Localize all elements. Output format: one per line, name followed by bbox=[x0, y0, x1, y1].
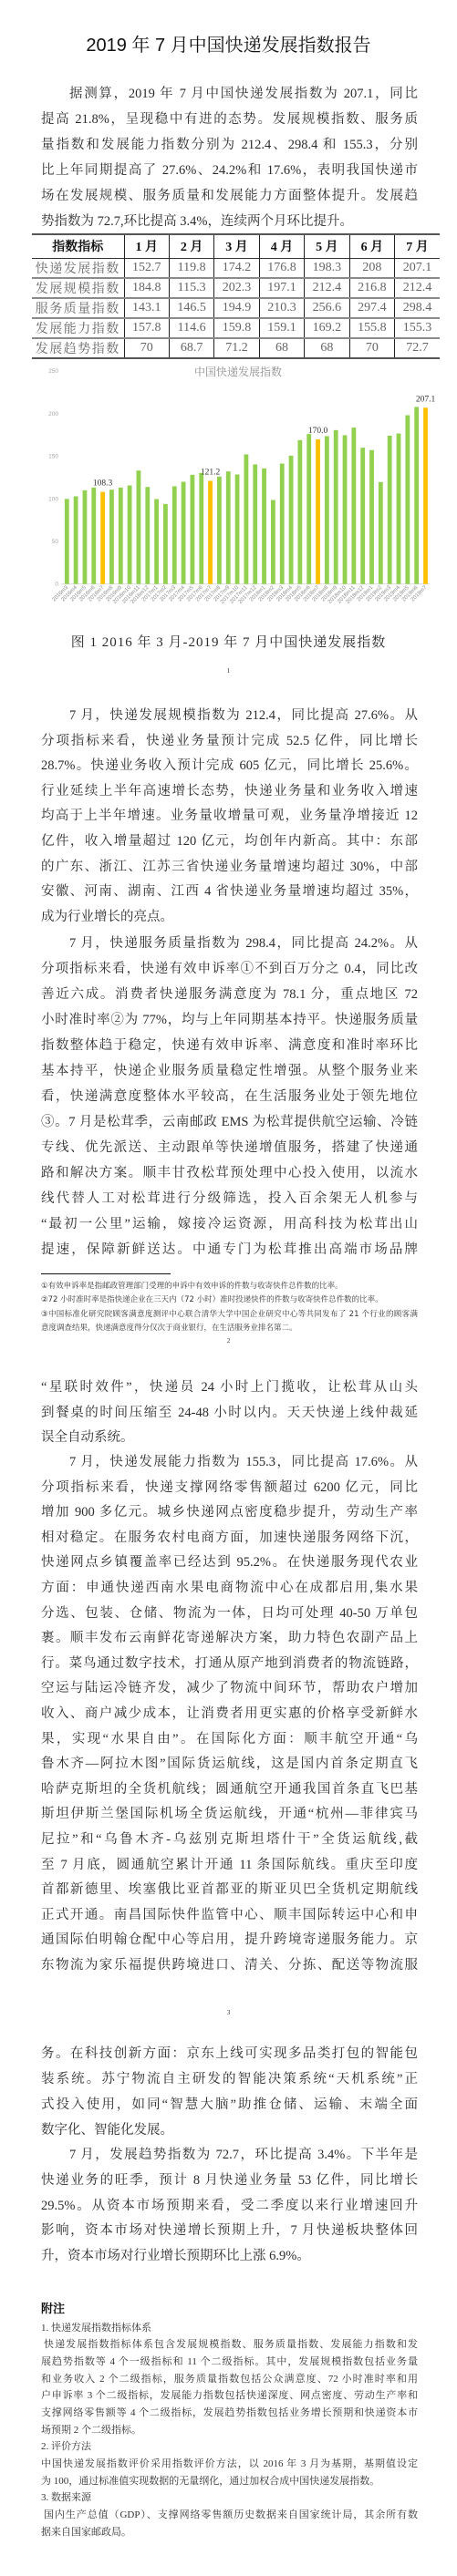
text-line: 指数整体趋于稳定，快递有效申诉率、满意度和准时率环比 bbox=[41, 1033, 418, 1058]
chart-bar bbox=[271, 500, 275, 584]
text-line: 势指数为 72.7,环比提高 3.4%，连续两个月环比提升。 bbox=[41, 209, 418, 234]
text-line: 小时准时率②为 77%，均与上年同期基本持平。快递服务质量 bbox=[41, 1007, 418, 1033]
chart-bar bbox=[74, 497, 78, 584]
annex-line: 中国快递发展指数评价采用指数评价方法，以 2016 年 3 月为基期，基期值设定 bbox=[41, 2456, 418, 2473]
chart-bar bbox=[145, 487, 150, 583]
table-cell: 197.1 bbox=[259, 278, 304, 298]
chart-bar-highlight bbox=[423, 407, 428, 583]
chart-bar bbox=[360, 448, 365, 584]
table-row: 发展趋势指数 70 68.7 71.2 68 68 70 72.7 bbox=[32, 338, 440, 358]
row-label: 发展规模指数 bbox=[32, 278, 124, 298]
table-header: 3 月 bbox=[214, 234, 259, 258]
text-line: 7 月，快递服务质量指数为 298.4，同比提高 24.2%。从 bbox=[41, 931, 418, 956]
chart-bar bbox=[334, 430, 338, 584]
text-line: 7 月，快递发展能力指数为 155.3，同比提高 17.6%。从 bbox=[41, 1450, 418, 1476]
chart-bar bbox=[397, 434, 401, 584]
chart-bar bbox=[65, 499, 69, 583]
chart-bar bbox=[414, 407, 419, 583]
page-number: 2 bbox=[0, 1335, 457, 1346]
text-line: 成为行业增长的亮点。 bbox=[41, 905, 418, 931]
text-line: 行业延续上半年高速增长态势，快递业务量和业务收入增速 bbox=[41, 779, 418, 805]
table-cell: 198.3 bbox=[305, 258, 349, 278]
y-tick-label: 250 bbox=[48, 368, 58, 375]
data-label: 108.3 bbox=[93, 479, 113, 489]
chart-bar-highlight bbox=[100, 492, 105, 584]
table-cell: 176.8 bbox=[259, 258, 304, 278]
chart-bar bbox=[325, 436, 329, 583]
annex-line: 国内生产总值（GDP）、支撑网络零售额历史数据来自国家统计局，其余所有数 bbox=[41, 2507, 418, 2524]
chart-bar bbox=[191, 475, 195, 584]
footnote-divider bbox=[41, 1273, 171, 1274]
footnote-line: ③中国标准化研究院顾客满意度测评中心联合清华大学中国企业研究中心等共同发布了 2… bbox=[41, 1308, 418, 1322]
annex-notes: 1. 快递发展指数指标体系 快递发展指数指标体系包含发展规模指数、服务质量指数、… bbox=[41, 2320, 418, 2541]
annex-subheading: 2. 评价方法 bbox=[41, 2438, 418, 2456]
table-cell: 72.7 bbox=[395, 338, 440, 358]
table-cell: 119.8 bbox=[169, 258, 213, 278]
chart-bar bbox=[280, 464, 285, 584]
table-cell: 70 bbox=[349, 338, 394, 358]
table-cell: 68 bbox=[305, 338, 349, 358]
table-header: 7 月 bbox=[395, 234, 440, 258]
chart-bar-highlight bbox=[316, 439, 320, 584]
text-line: 相对稳定。在服务农村电商方面，加速快递服务网络下沉， bbox=[41, 1526, 418, 1551]
chart-bar bbox=[172, 486, 177, 583]
text-line: 的广东、浙江、江苏三省快递业务量增速均超过 30%，中部 bbox=[41, 855, 418, 881]
text-line: 首都新德里、埃塞俄比亚首都亚的斯亚贝巴全货机定期航线 bbox=[41, 1878, 418, 1903]
text-line: 收入、商户减少成本，让消费者用更实惠的价格享受新鲜水 bbox=[41, 1702, 418, 1727]
data-label: 170.0 bbox=[308, 427, 328, 436]
table-cell: 216.8 bbox=[349, 278, 394, 298]
chart-bar bbox=[119, 488, 123, 584]
row-label: 发展趋势指数 bbox=[32, 338, 124, 358]
text-line: 增加 900 多亿元。城乡快递网点密度稳步提升，劳动生产率 bbox=[41, 1500, 418, 1526]
table-cell: 298.4 bbox=[395, 298, 440, 318]
chart-bar bbox=[137, 470, 141, 584]
table-header: 1 月 bbox=[124, 234, 169, 258]
table-cell: 194.9 bbox=[214, 298, 259, 318]
text-line: 提高 21.8%，呈现稳中有进的态势。发展规模指数、服务质 bbox=[41, 107, 418, 132]
text-line: 看，快递满意度整体水平较高，在生活服务业处于领先地位 bbox=[41, 1084, 418, 1109]
scale-paragraph: 7 月，快递发展规模指数为 212.4，同比提高 27.6%。从 分项指标来看，… bbox=[41, 704, 418, 930]
footnotes: ①有效申诉率是指邮政管理部门受理的申诉中有效申诉的件数与收寄快件总件数的比率。 … bbox=[41, 1280, 418, 1335]
text-line: 路和解决方案。顺丰甘孜松茸预处理中心投入使用，以流水 bbox=[41, 1160, 418, 1186]
text-line: ③。7 月是松茸季，云南邮政 EMS 为松茸提供航空运输、冷链 bbox=[41, 1109, 418, 1135]
chart-bar bbox=[405, 415, 410, 583]
table-cell: 212.4 bbox=[395, 278, 440, 298]
table-cell: 155.3 bbox=[395, 318, 440, 338]
chart-bar bbox=[109, 489, 114, 583]
annex-line: 为 100，通过标准值实现数据的无量纲化，通过加权合成中国快递发展指数。 bbox=[41, 2473, 418, 2490]
table-cell: 70 bbox=[124, 338, 169, 358]
text-line: 式投入使用，如同“智慧大脑”助推仓储、运输、末端全面 bbox=[41, 2092, 418, 2117]
chart-bar bbox=[253, 464, 257, 583]
figure-caption: 图 1 2016 年 3 月-2019 年 7 月中国快递发展指数 bbox=[0, 634, 457, 652]
table-cell: 146.5 bbox=[169, 298, 213, 318]
table-header: 6 月 bbox=[349, 234, 394, 258]
footnote-line: 意度调查结果，快递满意度得分仅次于商业银行，在生活服务业排名第二。 bbox=[41, 1322, 418, 1335]
index-table: 指数指标 1 月 2 月 3 月 4 月 5 月 6 月 7 月 快递发展指数 … bbox=[32, 233, 440, 359]
chart-bar bbox=[369, 450, 374, 584]
annex-line: 场预期 2 个二级指标。 bbox=[41, 2422, 418, 2439]
annex-line: 展趋势指数等 4 个一级指标和 11 个二级指标。其中，发展规模指数包括业务量 bbox=[41, 2354, 418, 2371]
table-cell: 155.8 bbox=[349, 318, 394, 338]
text-line: 方面：申通快递西南水果电商物流中心在成都启用,集水果 bbox=[41, 1576, 418, 1602]
text-line: 务。在科技创新方面：京东上线可实现多品类打包的智能包 bbox=[41, 2041, 418, 2066]
text-line: 果，实现“水果自由”。在国际化方面：顺丰航空开通“乌 bbox=[41, 1727, 418, 1753]
text-line: 哈萨克斯坦的全货机航线；圆通航空开通我国首条直飞巴基 bbox=[41, 1777, 418, 1803]
table-cell: 210.3 bbox=[259, 298, 304, 318]
chart-bar bbox=[388, 436, 392, 584]
footnote-line: ①有效申诉率是指邮政管理部门受理的申诉中有效申诉的件数与收寄快件总件数的比率。 bbox=[41, 1280, 418, 1293]
table-cell: 68.7 bbox=[169, 338, 213, 358]
table-header: 4 月 bbox=[259, 234, 304, 258]
table-row: 服务质量指数 143.1 146.5 194.9 210.3 256.6 297… bbox=[32, 298, 440, 318]
annex-line: 快递发展指数指标体系包含发展规模指数、服务质量指数、发展能力指数和发 bbox=[41, 2336, 418, 2354]
y-tick-label: 100 bbox=[48, 496, 58, 502]
y-tick-label: 0 bbox=[55, 582, 58, 588]
chart-bar bbox=[343, 435, 348, 583]
annex-subheading: 3. 数据来源 bbox=[41, 2489, 418, 2507]
report-title: 2019 年 7 月中国快递发展指数报告 bbox=[0, 33, 457, 58]
footnote-line: ②72 小时准时率是指快递企业在三天内（72 小时）准时投递快件的件数与收寄快件… bbox=[41, 1293, 418, 1307]
text-line: 均高于上半年增速。业务量收增量可观，业务量净增接近 12 bbox=[41, 804, 418, 829]
table-header-row: 指数指标 1 月 2 月 3 月 4 月 5 月 6 月 7 月 bbox=[32, 234, 440, 258]
text-line: 影响，资本市场对快递增长预期上升，7 月快递板块整体回 bbox=[41, 2219, 418, 2244]
text-line: 裹。顺丰发布云南鲜花寄递解决方案，助力特色农副产品上 bbox=[41, 1626, 418, 1652]
chart-bar bbox=[226, 471, 231, 584]
y-tick-label: 50 bbox=[52, 539, 59, 545]
table-cell: 114.6 bbox=[169, 318, 213, 338]
chart-bar bbox=[128, 486, 132, 584]
table-cell: 208 bbox=[349, 258, 394, 278]
text-line: 鲁木齐—阿拉木图”国际货运航线，这是国内首条定期直飞 bbox=[41, 1752, 418, 1777]
capability-paragraph-continued: 务。在科技创新方面：京东上线可实现多品类打包的智能包 装系统。苏宁物流自主研发的… bbox=[41, 2041, 418, 2143]
trend-paragraph: 7 月，发展趋势指数为 72.7，环比提高 3.4%。下半年是 快递业务的旺季，… bbox=[41, 2143, 418, 2270]
text-line: 场在发展规模、服务质量和发展能力方面整体提升。发展趋 bbox=[41, 183, 418, 209]
text-line: 快递网点乡镇覆盖率已经达到 95.2%。在快递服务现代农业 bbox=[41, 1551, 418, 1576]
text-line: 分项指标来看，快递业务量预计完成 52.5 亿件，同比增长 bbox=[41, 729, 418, 755]
table-cell: 297.4 bbox=[349, 298, 394, 318]
table-cell: 207.1 bbox=[395, 258, 440, 278]
text-line: 亿件，收入增量超过 120 亿元，均创年内新高。其中：东部 bbox=[41, 829, 418, 855]
row-label: 发展能力指数 bbox=[32, 318, 124, 338]
page-number: 3 bbox=[0, 2007, 457, 2018]
table-header: 2 月 bbox=[169, 234, 213, 258]
annex-line: 和业务收入 2 个二级指标，服务质量指数包括公众满意度、72 小时准时率和用 bbox=[41, 2371, 418, 2388]
capability-paragraph: 7 月，快递发展能力指数为 155.3，同比提高 17.6%。从 分项指标来看，… bbox=[41, 1450, 418, 1978]
chart-bar bbox=[297, 440, 302, 584]
table-cell: 212.4 bbox=[305, 278, 349, 298]
table-row: 发展规模指数 184.8 115.3 202.3 197.1 212.4 216… bbox=[32, 278, 440, 298]
text-line: 数字化、智能化发展。 bbox=[41, 2117, 418, 2143]
express-index-bar-chart: 0501001502002502016m32016m42016m52016m62… bbox=[0, 360, 457, 634]
annex-line: 据来自国家邮政局。 bbox=[41, 2524, 418, 2541]
chart-bar bbox=[235, 474, 240, 583]
table-cell: 169.2 bbox=[305, 318, 349, 338]
text-line: 善近六成。消费者快递服务满意度为 78.1 分，重点地区 72 bbox=[41, 982, 418, 1007]
table-cell: 157.8 bbox=[124, 318, 169, 338]
text-line: 至 7 月底，圆通航空累计开通 11 条国际航线。重庆至印度 bbox=[41, 1853, 418, 1879]
text-line: 专线、优先派送、主动跟单等快递增值服务，搭建了快递通 bbox=[41, 1135, 418, 1160]
text-line: 误全自动系统。 bbox=[41, 1426, 418, 1451]
text-line: 快递业务的旺季，预计 8 月快递业务量 53 亿件，同比增长 bbox=[41, 2169, 418, 2194]
quality-paragraph: 7 月，快递服务质量指数为 298.4，同比提高 24.2%。从 分项指标来看，… bbox=[41, 931, 418, 1262]
annex-subheading: 1. 快递发展指数指标体系 bbox=[41, 2320, 418, 2337]
data-label: 207.1 bbox=[416, 395, 436, 404]
text-line: 29.5%。从资本市场预期来看，受二季度以来行业增速回升 bbox=[41, 2194, 418, 2220]
text-line: 空运与陆运冷链齐发，减少了物流中间环节，帮助农户增加 bbox=[41, 1676, 418, 1702]
table-cell: 152.7 bbox=[124, 258, 169, 278]
text-line: 提速，保障新鲜送达。中通专门为松茸推出高端市场品牌 bbox=[41, 1237, 418, 1262]
annex-line: 支撑网络零售额等 4 个二级指标，发展趋势指数包括业务增长预期和快递资本市 bbox=[41, 2405, 418, 2422]
chart-title: 中国快递发展指数 bbox=[183, 365, 293, 379]
intro-paragraph: 据测算，2019 年 7 月中国快递发展指数为 207.1，同比 提高 21.8… bbox=[41, 81, 418, 234]
chart-bar bbox=[182, 482, 186, 584]
table-cell: 159.1 bbox=[259, 318, 304, 338]
table-cell: 71.2 bbox=[214, 338, 259, 358]
text-line: 升，资本市场对行业增长预期环比上涨 6.9%。 bbox=[41, 2244, 418, 2270]
y-tick-label: 150 bbox=[48, 454, 58, 460]
chart-bar bbox=[91, 488, 96, 584]
table-cell: 159.8 bbox=[214, 318, 259, 338]
text-line: 据测算，2019 年 7 月中国快递发展指数为 207.1，同比 bbox=[41, 81, 418, 107]
text-line: “最初一公里”运输，嫁接冷运资源，用高科技为松茸出山 bbox=[41, 1211, 418, 1237]
table-cell: 143.1 bbox=[124, 298, 169, 318]
chart-bar bbox=[217, 477, 222, 584]
table-cell: 68 bbox=[259, 338, 304, 358]
chart-bar bbox=[199, 473, 203, 584]
table-row: 快递发展指数 152.7 119.8 174.2 176.8 198.3 208… bbox=[32, 258, 440, 278]
chart-bar bbox=[351, 428, 356, 584]
text-line: 28.7%。快递业务收入预计完成 605 亿元，同比增长 25.6%。 bbox=[41, 754, 418, 779]
table-cell: 256.6 bbox=[305, 298, 349, 318]
text-line: 分项指标来看，快递有效申诉率①不到百万分之 0.4，同比改 bbox=[41, 956, 418, 982]
text-line: 斯坦伊斯兰堡国际机场全货运航线，开通“杭州—菲律宾马 bbox=[41, 1802, 418, 1828]
text-line: 分项指标来看，快递支撑网络零售额超过 6200 亿元，同比 bbox=[41, 1476, 418, 1501]
text-line: 正式开通。南昌国际快件监管中心、顺丰国际转运中心和申 bbox=[41, 1903, 418, 1929]
chart-bar bbox=[306, 434, 311, 584]
quality-paragraph-continued: “星联时效件”，快递员 24 小时上门揽收，让松茸从山头 到餐桌的时间压缩至 2… bbox=[41, 1376, 418, 1451]
text-line: “星联时效件”，快递员 24 小时上门揽收，让松茸从山头 bbox=[41, 1376, 418, 1401]
text-line: 基本持平，快递企业服务质量稳定性增强。从整个服务业来 bbox=[41, 1058, 418, 1084]
text-line: 装系统。苏宁物流自主研发的智能决策系统“天机系统”正 bbox=[41, 2066, 418, 2092]
text-line: 量指数和发展能力指数分别为 212.4、298.4 和 155.3，分别 bbox=[41, 132, 418, 158]
table-header: 5 月 bbox=[305, 234, 349, 258]
report-page: 2019 年 7 月中国快递发展指数报告 据测算，2019 年 7 月中国快递发… bbox=[0, 0, 457, 2576]
text-line: 7 月，快递发展规模指数为 212.4，同比提高 27.6%。从 bbox=[41, 704, 418, 729]
row-label: 服务质量指数 bbox=[32, 298, 124, 318]
text-line: 东物流为家乐福提供跨境进口、清关、分拣、配送等物流服 bbox=[41, 1953, 418, 1979]
table-c## ell: 115.3 bbox=[169, 278, 213, 298]
table-cell: 202.3 bbox=[214, 278, 259, 298]
chart-bar bbox=[262, 469, 266, 584]
text-line: 安徽、河南、湖南、江西 4 省快递业务量增速均超过 35%， bbox=[41, 880, 418, 905]
text-line: 7 月，发展趋势指数为 72.7，环比提高 3.4%。下半年是 bbox=[41, 2143, 418, 2169]
text-line: 比上年同期提高了 27.6%、24.2%和 17.6%，表明我国快递市 bbox=[41, 158, 418, 183]
text-line: 通国际伯明翰仓配中心等启用，提升跨境寄递服务能力。京 bbox=[41, 1928, 418, 1953]
table-row: 发展能力指数 157.8 114.6 159.8 159.1 169.2 155… bbox=[32, 318, 440, 338]
table-cell: 184.8 bbox=[124, 278, 169, 298]
annex-heading: 附注 bbox=[41, 2300, 65, 2318]
chart-bar bbox=[163, 504, 168, 584]
chart-bar bbox=[289, 456, 294, 584]
page-number: 1 bbox=[0, 665, 457, 676]
table-header: 指数指标 bbox=[32, 234, 124, 258]
chart-bar-highlight bbox=[208, 481, 213, 584]
y-tick-label: 200 bbox=[48, 411, 58, 417]
chart-bar bbox=[83, 490, 88, 584]
text-line: 线代替人工对松茸进行分级筛选，投入百余架无人机参与 bbox=[41, 1186, 418, 1211]
row-label: 快递发展指数 bbox=[32, 258, 124, 278]
data-label: 121.2 bbox=[201, 469, 221, 478]
text-line: 行。菜鸟通过数字技术，打通从原产地到消费者的物流链路， bbox=[41, 1652, 418, 1677]
annex-line: 户申诉率 3 个二级指标，发展能力指数包括快递深度、网点密度、劳动生产率和 bbox=[41, 2387, 418, 2405]
text-line: 到餐桌的时间压缩至 24-48 小时以内。天天快递上线仲裁延 bbox=[41, 1401, 418, 1427]
chart-bar bbox=[244, 454, 249, 583]
text-line: 尼拉”和“乌鲁木齐-乌兹别克斯坦塔什干”全货运航线,截 bbox=[41, 1828, 418, 1853]
table-cell: 174.2 bbox=[214, 258, 259, 278]
chart-bar bbox=[379, 482, 383, 584]
chart-bar bbox=[154, 499, 159, 583]
text-line: 分选、包装、仓储、物流为一体，日均可处理 40-50 万单包 bbox=[41, 1602, 418, 1627]
